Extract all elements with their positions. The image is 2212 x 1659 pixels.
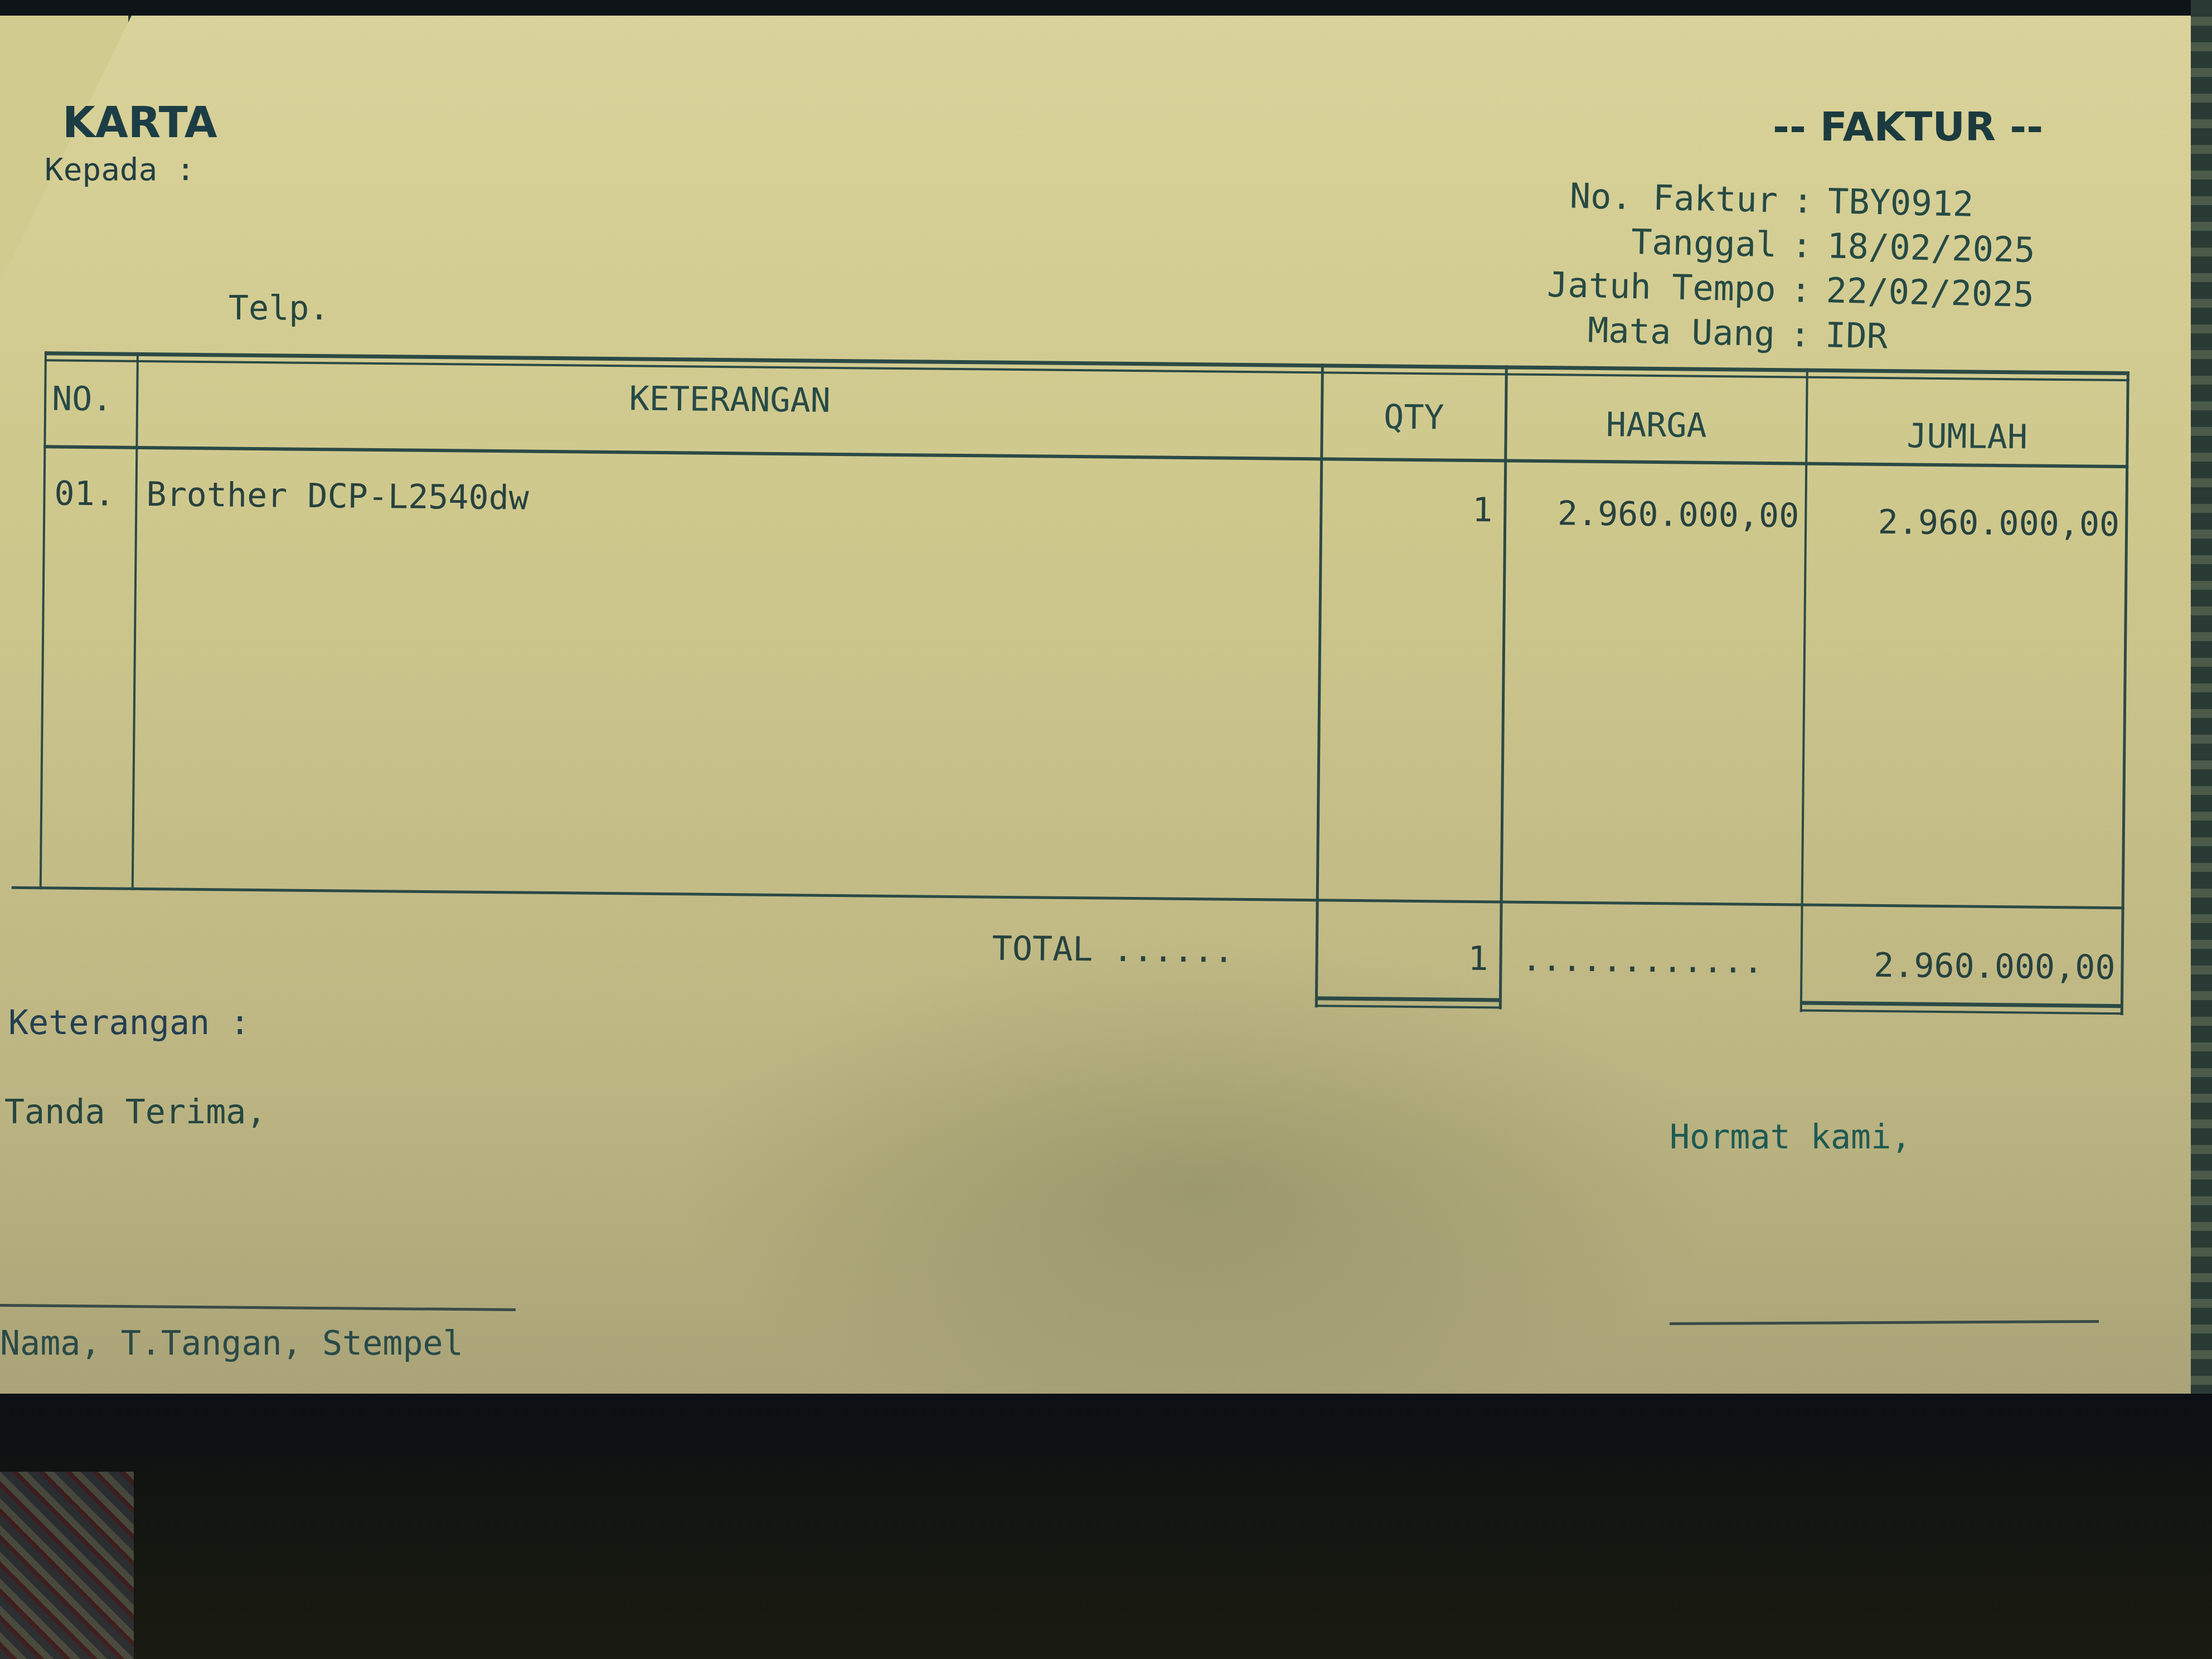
column-header-jumlah: JUMLAH — [1808, 416, 2126, 458]
invoice-date: 18/02/2025 — [1827, 224, 2140, 275]
qty-total-underline-inner — [1315, 1005, 1502, 1008]
row-price: 2.960.000,00 — [1509, 494, 1799, 536]
invoice-title: -- FAKTUR -- — [1773, 103, 2043, 150]
receiver-label: Tanda Terima, — [4, 1093, 266, 1132]
meta-separator: : — [1774, 312, 1826, 357]
row-amount: 2.960.000,00 — [1810, 502, 2120, 544]
invoice-meta: No. Faktur : TBY0912 Tanggal : 18/02/202… — [1524, 173, 2140, 364]
due-date: 22/02/2025 — [1826, 268, 2139, 319]
background-table-surface — [0, 1394, 2212, 1659]
currency: IDR — [1825, 313, 2138, 364]
total-amount: 2.960.000,00 — [1806, 945, 2116, 987]
row-no: 01. — [54, 474, 133, 513]
background-top-edge — [0, 0, 2212, 17]
row-qty: 1 — [1325, 489, 1493, 530]
table-border-left — [40, 351, 47, 889]
column-header-no: NO. — [52, 379, 136, 419]
meta-label: Tanggal — [1526, 217, 1778, 267]
meta-label: Jatuh Tempo — [1525, 262, 1777, 312]
sender-label: Hormat kami, — [1670, 1118, 1911, 1157]
jumlah-total-underline-inner — [1800, 1010, 2123, 1015]
jumlah-total-underline — [1800, 1001, 2123, 1008]
recipient-label: Kepada : — [45, 152, 195, 188]
background-cloth — [0, 1472, 134, 1659]
perforated-edge — [2191, 0, 2212, 1449]
invoice-number: TBY0912 — [1827, 179, 2141, 230]
total-label: TOTAL ...... — [992, 929, 1304, 971]
col-divider — [132, 352, 139, 890]
column-header-qty: QTY — [1323, 397, 1505, 438]
meta-separator: : — [1777, 178, 1828, 224]
table-body-bottom — [12, 886, 2124, 909]
items-table: NO. KETERANGAN QTY HARGA JUMLAH 01. Brot… — [21, 351, 2118, 1040]
qty-total-underline — [1315, 996, 1502, 1002]
total-price-filler: ............ — [1521, 940, 1789, 982]
column-header-harga: HARGA — [1507, 404, 1806, 446]
phone-label: Telp. — [229, 289, 329, 328]
meta-separator: : — [1776, 267, 1827, 313]
receiver-caption: Nama, T.Tangan, Stempel — [0, 1324, 463, 1363]
notes-label: Keterangan : — [8, 1003, 250, 1042]
row-description: Brother DCP-L2540dw — [146, 475, 1317, 525]
meta-label: No. Faktur — [1526, 173, 1778, 222]
meta-separator: : — [1777, 222, 1828, 268]
company-name: KARTA — [62, 98, 217, 147]
column-header-keterangan: KETERANGAN — [139, 375, 1321, 425]
total-qty: 1 — [1321, 938, 1488, 978]
meta-label: Mata Uang — [1524, 307, 1776, 356]
